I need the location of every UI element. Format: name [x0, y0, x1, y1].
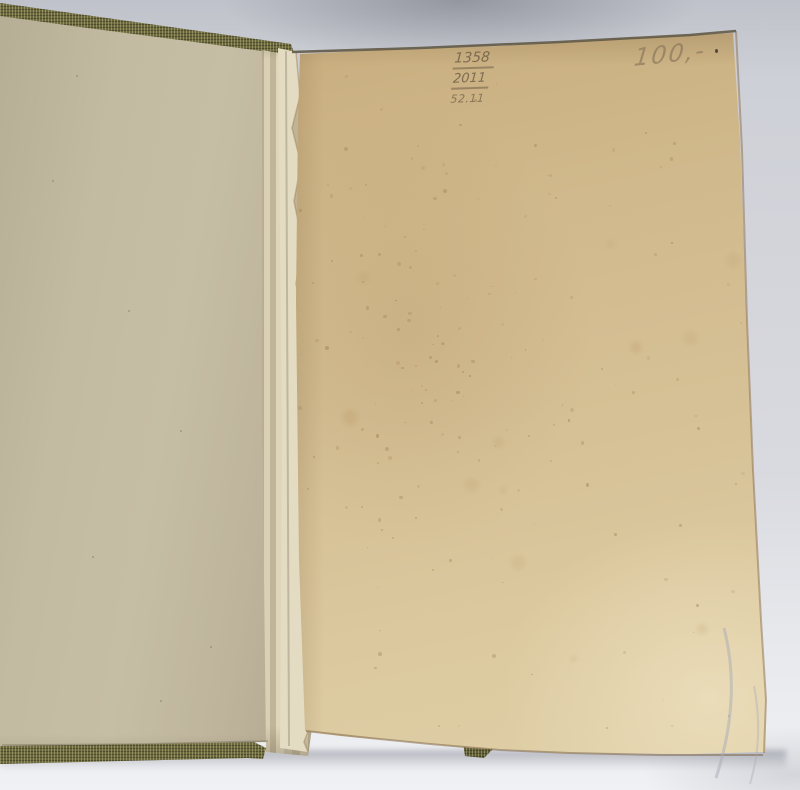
- foxing-spot: [299, 209, 302, 212]
- foxing-spot: [362, 337, 365, 340]
- foxing-spot: [379, 630, 381, 632]
- foxing-spot: [378, 652, 382, 656]
- foxing-spot: [458, 327, 461, 330]
- endpaper-speck: [92, 556, 94, 558]
- foxing-spot: [367, 547, 368, 548]
- foxing-spot: [392, 537, 395, 540]
- foxing-spot: [456, 391, 460, 395]
- foxing-spot: [350, 331, 351, 332]
- foxing-spot: [415, 250, 417, 252]
- foxing-spot: [517, 489, 520, 492]
- foxing-spot: [298, 406, 302, 410]
- foxing-spot: [407, 319, 411, 323]
- foxing-spot: [671, 725, 673, 727]
- foxing-spot: [671, 242, 673, 244]
- foxing-spot: [421, 166, 425, 170]
- pastedown-endpaper: [0, 0, 300, 760]
- foxing-spot: [469, 375, 471, 377]
- foxing-spot: [581, 441, 585, 445]
- foxing-spot: [313, 456, 315, 458]
- foxing-spot: [543, 340, 544, 341]
- foxing-spot: [534, 278, 537, 281]
- foxing-spot: [446, 426, 447, 427]
- foxing-spot: [548, 193, 551, 196]
- foxing-blotch: [511, 556, 525, 570]
- foxing-spot: [301, 353, 303, 355]
- foxing-spot: [331, 260, 333, 262]
- foxing-spot: [437, 335, 439, 337]
- foxing-spot: [562, 404, 564, 406]
- foxing-spot: [376, 434, 379, 437]
- foxing-spot: [647, 356, 650, 359]
- foxing-spot: [345, 506, 348, 509]
- foxing-spot: [411, 157, 413, 159]
- foxing-blotch: [727, 254, 740, 267]
- foxing-spot: [515, 292, 517, 294]
- foxing-blotch: [631, 342, 642, 353]
- foxing-spot: [435, 360, 438, 363]
- foxing-spot: [378, 518, 382, 522]
- foxing-spot: [696, 604, 699, 607]
- foxing-blotch: [500, 487, 507, 494]
- foxing-spot: [377, 587, 378, 588]
- foxing-blotch: [571, 656, 577, 662]
- foxing-spot: [693, 632, 694, 633]
- foxing-spot: [344, 147, 348, 151]
- foxing-spot: [614, 533, 617, 536]
- foxing-spot: [397, 328, 400, 331]
- foxing-spot: [409, 266, 412, 269]
- foxing-spot: [408, 312, 412, 316]
- foxing-spot: [453, 274, 457, 278]
- foxing-spot: [378, 253, 381, 256]
- foxing-spot: [377, 462, 379, 464]
- foxing-spot: [433, 197, 437, 201]
- foxing-spot: [459, 124, 462, 127]
- foxing-spot: [366, 306, 370, 310]
- foxing-spot: [425, 389, 428, 392]
- foxing-spot: [531, 674, 533, 676]
- foxing-spot: [511, 357, 513, 359]
- foxing-spot: [417, 485, 420, 488]
- foxing-spot: [528, 435, 530, 437]
- foxing-spot: [445, 172, 448, 175]
- foxing-spot: [506, 429, 509, 432]
- foxing-spot: [740, 322, 742, 324]
- foxing-spot: [457, 364, 461, 368]
- foxing-spot: [312, 282, 314, 284]
- foxing-spot: [623, 651, 626, 654]
- foxing-blotch: [605, 239, 615, 249]
- foxing-spot: [524, 215, 527, 218]
- endpaper-speck: [128, 310, 130, 312]
- foxing-spot: [458, 436, 461, 439]
- foxing-spot: [325, 346, 329, 350]
- foxing-spot: [363, 216, 364, 217]
- foxing-spot: [534, 524, 535, 525]
- foxing-spot: [606, 727, 608, 729]
- foxing-spot: [361, 506, 363, 508]
- endpaper-speck: [160, 700, 162, 702]
- foxing-spot: [478, 459, 481, 462]
- foxing-blotch: [343, 410, 358, 425]
- foxing-spot: [645, 132, 647, 134]
- foxing-spot: [502, 582, 504, 584]
- foxing-spot: [443, 189, 446, 192]
- foxing-spot: [401, 367, 403, 369]
- foxing-spot: [421, 385, 423, 387]
- foxing-spot: [315, 339, 318, 342]
- foxing-spot: [632, 391, 635, 394]
- foxing-spot: [676, 378, 679, 381]
- foxing-spot: [463, 396, 464, 397]
- foxing-spot: [488, 293, 491, 296]
- foxing-spot: [430, 421, 433, 424]
- foxing-spot: [534, 144, 537, 147]
- pencil-inventory-line: 1358: [453, 50, 495, 69]
- foxing-spot: [388, 456, 392, 460]
- foxing-spot: [728, 715, 730, 717]
- foxing-blotch: [358, 273, 368, 283]
- foxing-spot: [735, 483, 737, 485]
- foxing-spot: [418, 426, 419, 427]
- foxing-spot: [429, 356, 432, 359]
- foxing-spot: [477, 198, 479, 200]
- foxing-spot: [679, 524, 682, 527]
- foxing-spot: [436, 282, 439, 285]
- foxing-spot: [697, 427, 700, 430]
- foxing-spot: [731, 590, 735, 594]
- endpaper-speck: [52, 180, 54, 182]
- endpaper-speck: [210, 646, 212, 648]
- foxing-spot: [395, 300, 396, 301]
- foxing-spot: [491, 286, 493, 288]
- foxing-spot: [586, 483, 590, 487]
- foxing-spot: [492, 654, 496, 658]
- foxing-spot: [421, 402, 423, 404]
- foxing-blotch: [493, 437, 504, 448]
- foxing-spot: [374, 667, 377, 670]
- foxing-spot: [336, 446, 340, 450]
- foxing-spot: [385, 447, 389, 451]
- foxing-blotch: [684, 332, 698, 346]
- foxing-spot: [570, 296, 573, 299]
- foxing-spot: [327, 184, 330, 187]
- foxing-spot: [664, 578, 667, 581]
- foxing-spot: [432, 344, 434, 346]
- foxing-spot: [330, 194, 334, 198]
- foxing-spot: [441, 433, 444, 436]
- foxing-spot: [670, 157, 674, 161]
- foxing-spot: [553, 424, 555, 426]
- foxing-spot: [438, 725, 440, 727]
- foxing-spot: [442, 163, 446, 167]
- foxing-spot: [385, 226, 387, 228]
- foxing-spot: [462, 371, 464, 373]
- foxing-spot: [695, 415, 698, 418]
- foxing-spot: [345, 75, 348, 78]
- foxing-spot: [555, 197, 558, 200]
- foxing-spot: [423, 224, 424, 225]
- foxed-flyleaf-page: [290, 24, 767, 756]
- foxing-spot: [612, 148, 615, 151]
- foxing-spot: [467, 298, 468, 299]
- foxing-spot: [399, 496, 402, 499]
- foxing-spot: [549, 174, 552, 177]
- foxing-spot: [601, 368, 603, 370]
- foxing-spot: [380, 108, 383, 111]
- foxing-spot: [654, 253, 657, 256]
- foxing-spot: [396, 361, 400, 365]
- foxing-spot: [673, 142, 676, 145]
- endpaper-speck: [76, 75, 78, 77]
- foxing-spot: [615, 384, 617, 386]
- foxing-spot: [381, 529, 383, 531]
- foxing-spot: [303, 340, 305, 342]
- foxing-spot: [440, 307, 441, 308]
- foxing-spot: [457, 451, 459, 453]
- foxing-spot: [491, 558, 492, 559]
- foxing-blotch: [464, 478, 478, 492]
- foxing-spot: [663, 700, 664, 701]
- foxing-spot: [525, 349, 527, 351]
- foxing-spot: [441, 342, 444, 345]
- foxing-spot: [375, 403, 377, 405]
- foxing-spot: [411, 390, 412, 391]
- foxing-spot: [404, 422, 406, 424]
- foxing-spot: [449, 559, 452, 562]
- foxing-spot: [417, 145, 419, 147]
- foxing-spot: [415, 365, 417, 367]
- foxing-spot: [432, 569, 434, 571]
- foxing-spot: [451, 400, 453, 402]
- foxing-spot: [471, 360, 475, 364]
- foxing-spot: [501, 323, 505, 327]
- foxing-spot: [495, 165, 496, 166]
- foxing-spot: [550, 460, 552, 462]
- foxing-spot: [307, 488, 308, 489]
- foxing-spot: [401, 187, 402, 188]
- foxing-spot: [568, 419, 571, 422]
- foxing-spot: [423, 229, 425, 231]
- pencil-inventory-line: 52.11: [450, 93, 485, 105]
- foxing-spot: [349, 187, 352, 190]
- foxing-spot: [361, 428, 364, 431]
- foxing-spot: [570, 408, 574, 412]
- pencil-inventory-line: 2011: [451, 71, 489, 89]
- foxing-spots-layer: [290, 24, 767, 756]
- foxing-spot: [660, 166, 662, 168]
- foxing-spot: [428, 152, 430, 154]
- foxing-spot: [397, 262, 401, 266]
- foxing-spot: [360, 254, 363, 257]
- foxing-spot: [609, 205, 611, 207]
- foxing-spot: [496, 83, 497, 84]
- photo-of-open-book: 1358 2011 52.11 100,-: [0, 0, 800, 790]
- foxing-spot: [727, 283, 729, 285]
- foxing-spot: [365, 184, 367, 186]
- foxing-spot: [383, 315, 387, 319]
- foxing-spot: [500, 508, 503, 511]
- ink-speck: [715, 49, 718, 53]
- endpaper-speck: [180, 430, 182, 432]
- foxing-spot: [741, 472, 744, 475]
- foxing-spot: [434, 399, 437, 402]
- foxing-spot: [404, 236, 406, 238]
- foxing-blotch: [697, 624, 707, 634]
- foxing-spot: [415, 517, 417, 519]
- inventory-pencil-marks: 1358 2011 52.11: [450, 50, 494, 105]
- foxing-spot: [458, 725, 460, 727]
